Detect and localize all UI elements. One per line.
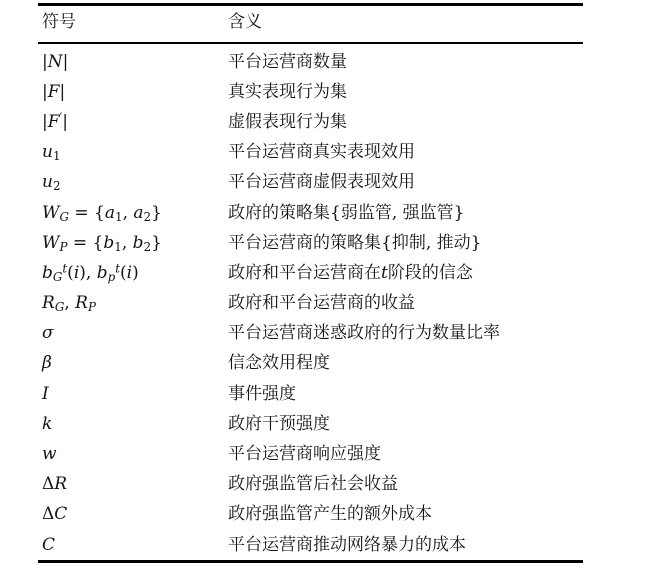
meaning-cell: 政府和平台运营商的收益 xyxy=(228,293,583,314)
symbol-cell: k xyxy=(38,414,228,435)
meaning-cell: 政府干预强度 xyxy=(228,414,583,435)
symbol-cell: u1 xyxy=(38,142,228,163)
symbol-cell: I xyxy=(38,384,228,405)
header-symbol: 符号 xyxy=(38,12,228,33)
symbol-cell: |F′| xyxy=(38,112,228,133)
table-top-rule xyxy=(38,3,583,6)
symbol-cell: |F| xyxy=(38,82,228,103)
table-row: |N|平台运营商数量 xyxy=(38,47,583,77)
meaning-cell: 政府的策略集{弱监管, 强监管} xyxy=(228,203,583,224)
symbol-cell: WG = {a1, a2} xyxy=(38,203,228,224)
table-row: u1平台运营商真实表现效用 xyxy=(38,138,583,168)
meaning-cell: 信念效用程度 xyxy=(228,353,583,374)
table-row: w平台运营商响应强度 xyxy=(38,439,583,469)
meaning-cell: 真实表现行为集 xyxy=(228,82,583,103)
symbol-cell: RG, RP xyxy=(38,293,228,314)
table-body: |N|平台运营商数量|F|真实表现行为集|F′|虚假表现行为集u1平台运营商真实… xyxy=(38,47,583,560)
meaning-cell: 事件强度 xyxy=(228,384,583,405)
symbol-cell: WP = {b1, b2} xyxy=(38,233,228,254)
meaning-cell: 平台运营商响应强度 xyxy=(228,444,583,465)
table-row: k政府干预强度 xyxy=(38,409,583,439)
symbol-cell: u2 xyxy=(38,172,228,193)
table-row: WP = {b1, b2}平台运营商的策略集{抑制, 推动} xyxy=(38,228,583,258)
table-mid-rule xyxy=(38,42,583,44)
meaning-cell: 平台运营商真实表现效用 xyxy=(228,142,583,163)
table-row: ΔR政府强监管后社会收益 xyxy=(38,470,583,500)
meaning-cell: 虚假表现行为集 xyxy=(228,112,583,133)
table-bottom-rule xyxy=(38,560,583,563)
table-row: σ平台运营商迷惑政府的行为数量比率 xyxy=(38,319,583,349)
table-row: I事件强度 xyxy=(38,379,583,409)
meaning-cell: 政府和平台运营商在t阶段的信念 xyxy=(228,263,583,284)
table-row: β信念效用程度 xyxy=(38,349,583,379)
meaning-cell: 平台运营商的策略集{抑制, 推动} xyxy=(228,233,583,254)
symbol-cell: ΔR xyxy=(38,474,228,495)
meaning-cell: 平台运营商虚假表现效用 xyxy=(228,172,583,193)
meaning-cell: 平台运营商数量 xyxy=(228,52,583,73)
meaning-cell: 平台运营商迷惑政府的行为数量比率 xyxy=(228,323,583,344)
table-row: ΔC政府强监管产生的额外成本 xyxy=(38,500,583,530)
meaning-cell: 政府强监管后社会收益 xyxy=(228,474,583,495)
table-row: u2平台运营商虚假表现效用 xyxy=(38,168,583,198)
symbol-cell: w xyxy=(38,444,228,465)
table-header-row: 符号 含义 xyxy=(38,12,583,33)
symbol-cell: σ xyxy=(38,323,228,344)
symbol-cell: β xyxy=(38,353,228,374)
table-row: WG = {a1, a2}政府的策略集{弱监管, 强监管} xyxy=(38,198,583,228)
table-row: |F|真实表现行为集 xyxy=(38,77,583,107)
meaning-cell: 平台运营商推动网络暴力的成本 xyxy=(228,535,583,556)
symbol-cell: |N| xyxy=(38,52,228,73)
symbol-cell: bGt(i), bpt(i) xyxy=(38,263,228,284)
symbol-cell: C xyxy=(38,535,228,556)
table-row: bGt(i), bpt(i)政府和平台运营商在t阶段的信念 xyxy=(38,258,583,288)
symbol-cell: ΔC xyxy=(38,504,228,525)
header-meaning: 含义 xyxy=(228,12,583,33)
table-row: RG, RP政府和平台运营商的收益 xyxy=(38,289,583,319)
meaning-cell: 政府强监管产生的额外成本 xyxy=(228,504,583,525)
table-row: C平台运营商推动网络暴力的成本 xyxy=(38,530,583,560)
table-row: |F′|虚假表现行为集 xyxy=(38,107,583,137)
